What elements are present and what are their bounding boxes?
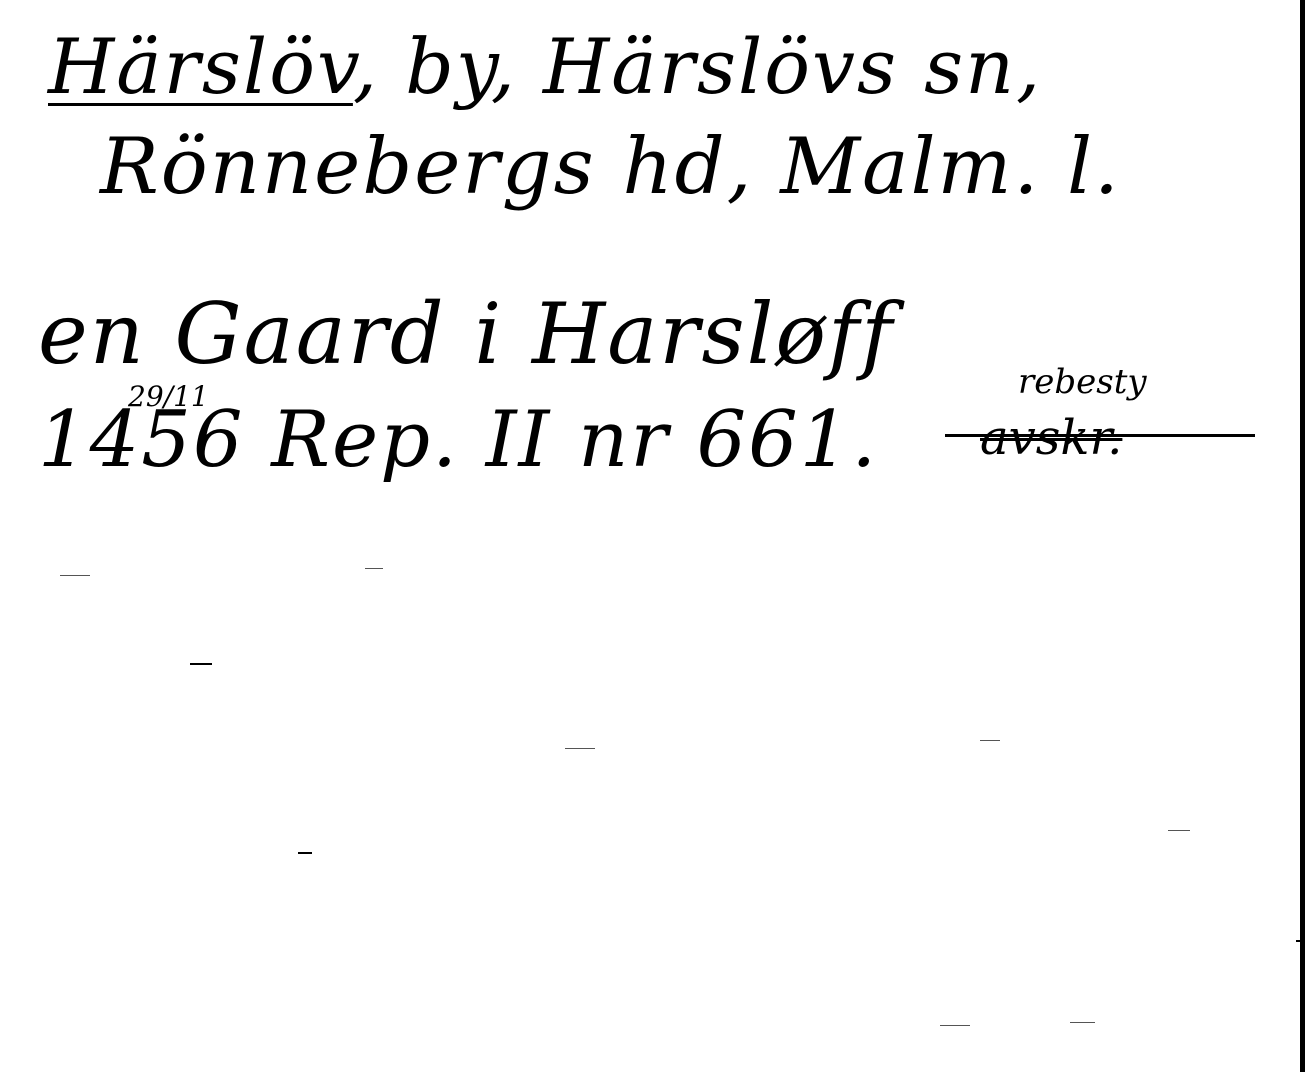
scan-speck <box>60 575 90 576</box>
struck-word: avskr. <box>980 410 1122 466</box>
scan-speck <box>298 852 312 854</box>
entry-line-1: en Gaard i Harsløff <box>38 285 894 383</box>
card-right-edge <box>1300 0 1305 1072</box>
heading-rest: , by, Härslövs sn, <box>353 22 1042 111</box>
inserted-correction: rebesty <box>1018 362 1147 402</box>
scan-speck <box>980 740 1000 741</box>
heading-line-1: Härslöv, by, Härslövs sn, <box>48 22 1042 111</box>
scan-speck <box>365 568 383 569</box>
scan-speck <box>565 748 595 749</box>
scan-speck <box>190 663 212 665</box>
scan-speck <box>1168 830 1190 831</box>
scan-speck <box>940 1025 970 1026</box>
heading-line-2: Rönnebergs hd, Malm. l. <box>100 122 1121 212</box>
scan-speck <box>1070 1022 1095 1023</box>
index-card: Härslöv, by, Härslövs sn, Rönnebergs hd,… <box>0 0 1315 1072</box>
entry-line-2: 1456 Rep. II nr 661. <box>38 395 878 485</box>
edge-mark <box>1296 940 1304 942</box>
place-name: Härslöv <box>48 22 353 111</box>
strike-through-line <box>945 434 1255 437</box>
